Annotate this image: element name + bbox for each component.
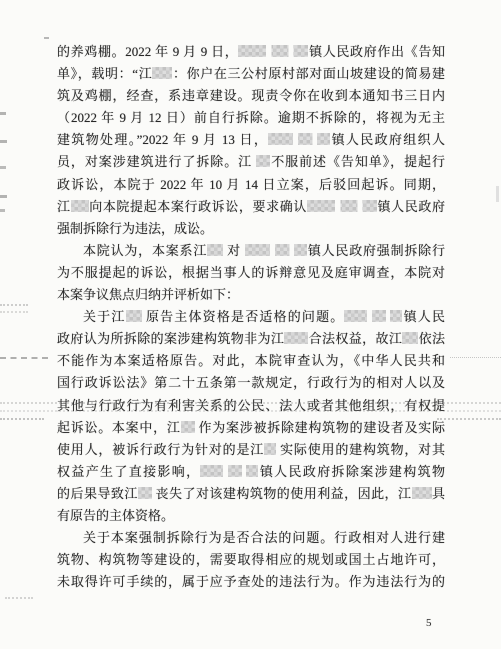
scan-edge-fragment bbox=[0, 166, 6, 169]
redaction-block bbox=[71, 200, 89, 212]
redaction-block bbox=[268, 133, 330, 145]
redaction-block bbox=[307, 200, 377, 212]
text-segment: 权益产生了直接影响， bbox=[57, 464, 200, 479]
text-line: 政府认为所拆除的案涉建构筑物非为江合法权益，故江依法 bbox=[57, 328, 445, 350]
redaction-block bbox=[256, 155, 270, 167]
redaction-block bbox=[412, 487, 432, 499]
text-segment: 镇人民政府作出《告知 bbox=[308, 44, 445, 59]
text-line: 筑物、构筑物等建设的，需要取得相应的规划或国土占地许可， bbox=[57, 549, 445, 571]
document-text: 的养鸡棚。2022 年 9 月 9 日，镇人民政府作出《告知单》，载明：“江：你… bbox=[57, 41, 445, 593]
text-segment: 本案争议焦点归纳并评析如下： bbox=[57, 287, 239, 302]
text-line: 政诉讼，本院于 2022 年 10 月 14 日立案，后驳回起诉。同期， bbox=[57, 174, 445, 196]
text-segment: （2022 年 9 月 12 日）前自行拆除。逾期不拆除的，将视为无主 bbox=[57, 110, 445, 125]
text-line: 单》，载明：“江：你户在三公村原村部对面山坡建设的简易建 bbox=[57, 63, 445, 85]
text-line: 未取得许可手续的，属于应予查处的违法行为。作为违法行为的 bbox=[57, 571, 445, 593]
text-segment: 政府认为所拆除的案涉建构筑物非为江 bbox=[57, 331, 284, 346]
text-segment: 未取得许可手续的，属于应予查处的违法行为。作为违法行为的 bbox=[57, 574, 445, 589]
text-line: 国行政诉讼法》第二十五条第一款规定，行政行为的相对人以及 bbox=[57, 372, 445, 394]
document-page: 的养鸡棚。2022 年 9 月 9 日，镇人民政府作出《告知单》，载明：“江：你… bbox=[0, 0, 501, 649]
text-segment: 筑物、构筑物等建设的，需要取得相应的规划或国土占地许可， bbox=[57, 552, 445, 567]
scan-dotted-line bbox=[0, 418, 44, 420]
text-segment: 关于本案强制拆除行为是否合法的问题。行政相对人进行建 bbox=[83, 530, 445, 545]
redaction-block bbox=[138, 487, 152, 499]
scan-dotted-line bbox=[437, 418, 501, 420]
redaction-block bbox=[200, 465, 258, 477]
text-line: 强制拆除行为违法，成讼。 bbox=[57, 218, 445, 240]
text-segment: 镇人民政府拆除案涉建构筑物 bbox=[258, 464, 445, 479]
text-segment: 起诉讼。本案中，江 bbox=[57, 420, 181, 435]
text-segment: 政诉讼，本院于 2022 年 10 月 14 日立案，后驳回起诉。同期， bbox=[57, 177, 445, 192]
text-line: 其他与行政行为有利害关系的公民、法人或者其他组织，有权提 bbox=[57, 395, 445, 417]
text-segment: 国行政诉讼法》第二十五条第一款规定，行政行为的相对人以及 bbox=[57, 375, 445, 390]
text-line: 不能作为本案适格原告。对此，本院审查认为，《中华人民共和 bbox=[57, 350, 445, 372]
text-segment: 镇人民 bbox=[402, 309, 445, 324]
scan-smudge bbox=[496, 186, 499, 202]
text-line: 的养鸡棚。2022 年 9 月 9 日，镇人民政府作出《告知 bbox=[57, 41, 445, 63]
text-segment: 对 bbox=[223, 243, 245, 258]
text-segment: 有原告的主体资格。 bbox=[57, 508, 174, 523]
redaction-block bbox=[284, 332, 308, 344]
text-line: 权益产生了直接影响，镇人民政府拆除案涉建构筑物 bbox=[57, 461, 445, 483]
text-segment: 的后果导致江 bbox=[57, 486, 138, 501]
text-line: 员，对案涉建筑进行了拆除。江 不服前述《告知单》，提起行 bbox=[57, 151, 445, 173]
text-line: 起诉讼。本案中，江 作为案涉被拆除建构筑物的建设者及实际 bbox=[57, 417, 445, 439]
text-line: 建筑物处理。”2022 年 9 月 13 日，镇人民政府组织人 bbox=[57, 129, 445, 151]
redaction-block bbox=[245, 244, 307, 256]
redaction-block bbox=[344, 310, 402, 322]
text-line: 江向本院提起本案行政诉讼，要求确认镇人民政府 bbox=[57, 196, 445, 218]
text-line: 使用人，被诉行政行为针对的是江 实际使用的建构筑物，对其 bbox=[57, 439, 445, 461]
text-line: 有原告的主体资格。 bbox=[57, 505, 445, 527]
redaction-block bbox=[152, 67, 172, 79]
text-line: 为不服提起的诉讼，根据当事人的诉辩意见及庭审调查，本院对 bbox=[57, 262, 445, 284]
text-segment: 关于江 bbox=[83, 309, 126, 324]
redaction-block bbox=[402, 332, 418, 344]
text-segment: 作为案涉被拆除建构筑物的建设者及实际 bbox=[195, 420, 445, 435]
text-segment: 实际使用的建构筑物，对其 bbox=[276, 442, 445, 457]
text-segment: 为不服提起的诉讼，根据当事人的诉辩意见及庭审调查，本院对 bbox=[57, 265, 445, 280]
text-segment: 镇人民政府组织人 bbox=[330, 132, 445, 147]
text-segment: 强制拆除行为违法，成讼。 bbox=[57, 221, 213, 236]
text-segment: 镇人民政府 bbox=[377, 199, 445, 214]
text-segment: 丧失了对该建构筑物的使用利益，因此，江 bbox=[152, 486, 412, 501]
text-segment: 不能作为本案适格原告。对此，本院审查认为，《中华人民共和 bbox=[57, 353, 445, 368]
text-segment: 筑及鸡棚，经查，系违章建设。现责令你在收到本通知书三日内 bbox=[57, 88, 445, 103]
scan-dotted-line bbox=[0, 304, 28, 306]
redaction-block bbox=[181, 421, 195, 433]
scan-speck bbox=[44, 37, 49, 39]
text-line: 关于江 原告主体资格是否适格的问题。镇人民 bbox=[57, 306, 445, 328]
text-segment: 依法 bbox=[418, 331, 445, 346]
redaction-block bbox=[126, 310, 142, 322]
scan-edge-fragment bbox=[0, 209, 5, 212]
scan-dotted-line bbox=[450, 357, 501, 358]
redaction-block bbox=[264, 443, 276, 455]
scan-dashed-line bbox=[0, 357, 48, 359]
text-segment: 向本院提起本案行政诉讼，要求确认 bbox=[89, 199, 307, 214]
text-segment: 建筑物处理。”2022 年 9 月 13 日， bbox=[57, 132, 268, 147]
text-line: （2022 年 9 月 12 日）前自行拆除。逾期不拆除的，将视为无主 bbox=[57, 107, 445, 129]
scan-edge-fragment bbox=[0, 112, 6, 115]
redaction-block bbox=[207, 244, 223, 256]
scan-edge-fragment bbox=[0, 195, 7, 198]
text-segment: 江 bbox=[57, 199, 71, 214]
text-segment: 其他与行政行为有利害关系的公民、法人或者其他组织，有权提 bbox=[57, 398, 445, 413]
text-line: 关于本案强制拆除行为是否合法的问题。行政相对人进行建 bbox=[57, 527, 445, 549]
redaction-block bbox=[238, 45, 308, 57]
text-line: 本案争议焦点归纳并评析如下： bbox=[57, 284, 445, 306]
text-segment: 员，对案涉建筑进行了拆除。江 bbox=[57, 154, 256, 169]
scan-dotted-line bbox=[5, 597, 33, 599]
text-segment: 不服前述《告知单》，提起行 bbox=[270, 154, 445, 169]
text-segment: 合法权益，故江 bbox=[308, 331, 402, 346]
text-segment: 原告主体资格是否适格的问题。 bbox=[142, 309, 345, 324]
text-line: 筑及鸡棚，经查，系违章建设。现责令你在收到本通知书三日内 bbox=[57, 85, 445, 107]
text-segment: 具 bbox=[432, 486, 445, 501]
text-line: 本院认为，本案系江 对 镇人民政府强制拆除行 bbox=[57, 240, 445, 262]
scan-edge-fragment bbox=[0, 140, 7, 143]
text-segment: 单》，载明：“江 bbox=[57, 66, 152, 81]
page-number: 5 bbox=[426, 617, 432, 629]
text-line: 的后果导致江 丧失了对该建构筑物的使用利益，因此，江具 bbox=[57, 483, 445, 505]
text-segment: 镇人民政府强制拆除行 bbox=[307, 243, 445, 258]
text-segment: 的养鸡棚。2022 年 9 月 9 日， bbox=[57, 44, 238, 59]
scan-dotted-line bbox=[0, 311, 28, 313]
text-segment: ：你户在三公村原村部对面山坡建设的简易建 bbox=[172, 66, 445, 81]
text-segment: 使用人，被诉行政行为针对的是江 bbox=[57, 442, 264, 457]
text-segment: 本院认为，本案系江 bbox=[83, 243, 207, 258]
